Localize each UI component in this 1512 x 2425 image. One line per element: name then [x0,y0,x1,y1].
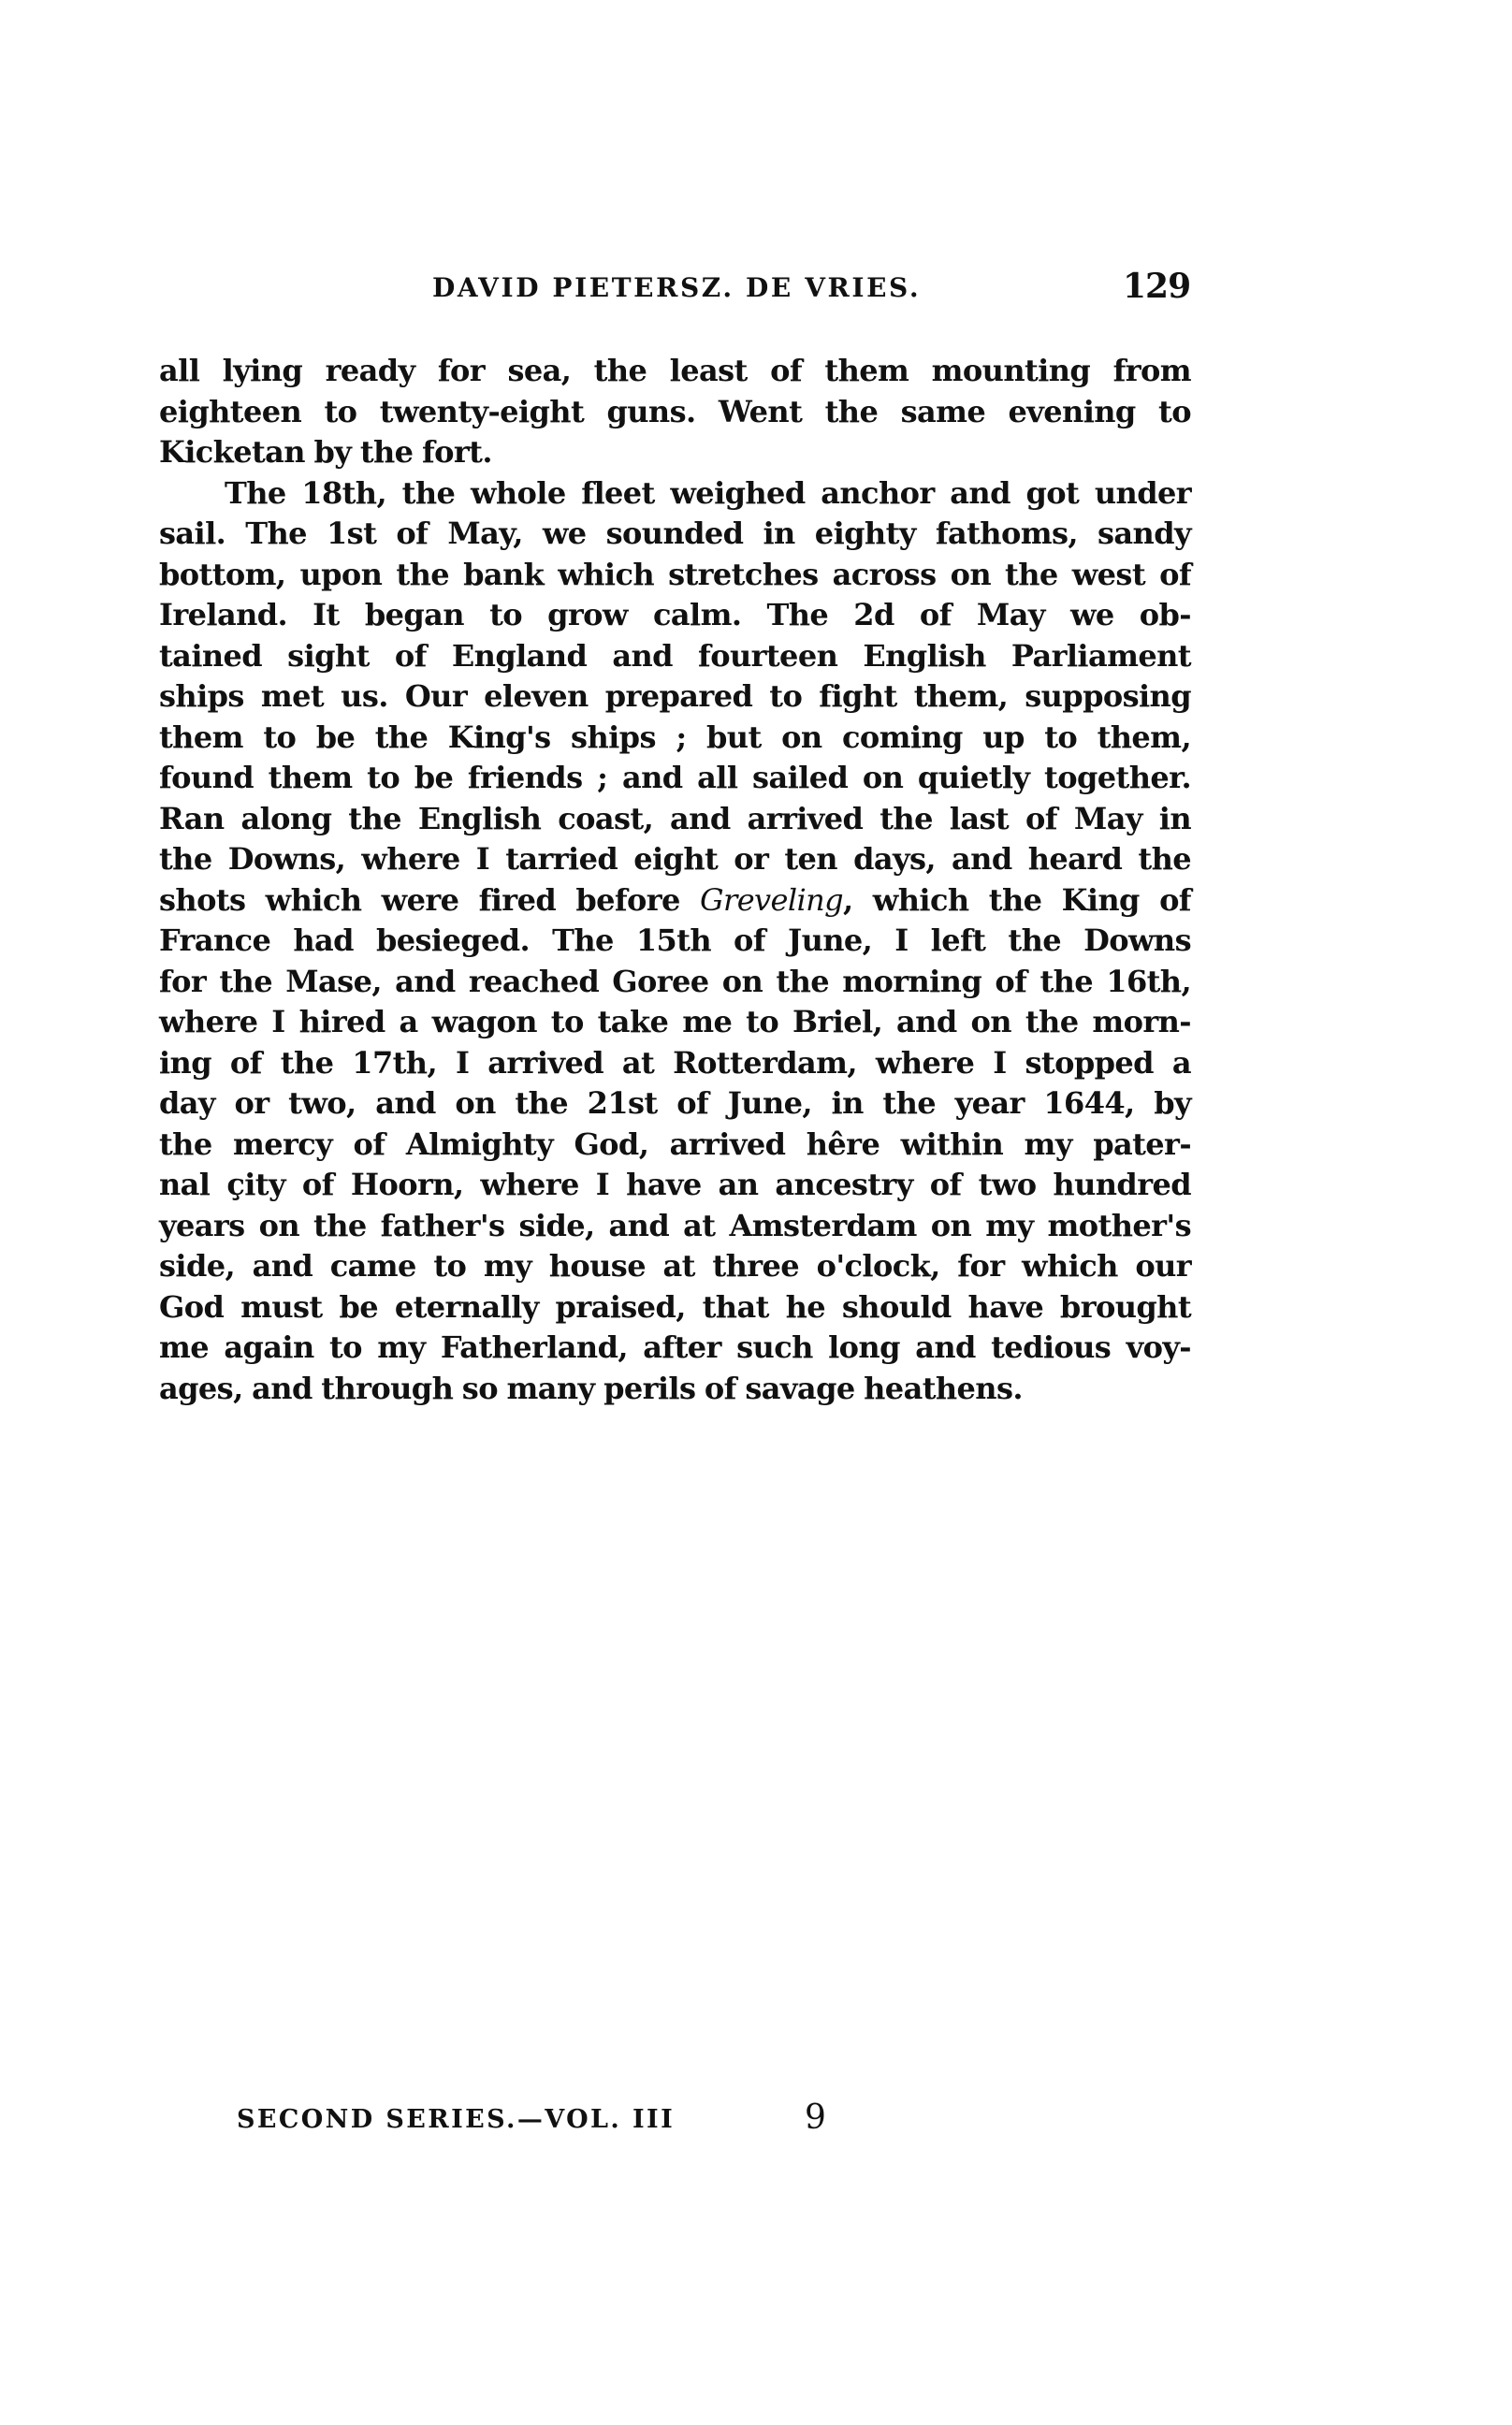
running-head: DAVID PIETERSZ. DE VRIES. 129 [432,269,1191,307]
text-line: bottom, upon the bank which stretches ac… [159,555,1191,596]
text-segment: shots which were fired before [159,882,700,918]
series-signature: SECOND SERIES.—VOL. III [237,2103,675,2137]
text-line: the Downs, where I tarried eight or ten … [159,839,1191,880]
page-number: 129 [1123,266,1190,307]
text-line: ages, and through so many perils of sava… [159,1369,1191,1410]
text-line: ing of the 17th, I arrived at Rotterdam,… [159,1043,1191,1084]
book-page: DAVID PIETERSZ. DE VRIES. 129 all lying … [0,0,1512,2425]
text-line: years on the father's side, and at Amste… [159,1206,1191,1247]
text-line: Ireland. It began to grow calm. The 2d o… [159,595,1191,636]
text-line: nal çity of Hoorn, where I have an ances… [159,1165,1191,1206]
text-line: ships met us. Our eleven prepared to fig… [159,676,1191,718]
text-line: tained sight of England and fourteen Eng… [159,636,1191,677]
text-line: the mercy of Almighty God, arrived hêre … [159,1125,1191,1166]
page-footer: SECOND SERIES.—VOL. III 9 [237,2099,892,2141]
signature-mark: 9 [805,2099,826,2137]
text-line: all lying ready for sea, the least of th… [159,351,1191,392]
text-line: God must be eternally praised, that he s… [159,1287,1191,1329]
text-line: Ran along the English coast, and arrived… [159,799,1191,840]
text-segment: , which the King of [843,882,1191,918]
text-line: side, and came to my house at three o'cl… [159,1246,1191,1287]
body-text: all lying ready for sea, the least of th… [159,351,1191,1409]
text-line: Kicketan by the fort. [159,432,1191,473]
text-line: day or two, and on the 21st of June, in … [159,1083,1191,1125]
text-line: them to be the King's ships ; but on com… [159,718,1191,759]
text-line: me again to my Fatherland, after such lo… [159,1328,1191,1369]
italic-place-name: Greveling [700,882,843,918]
running-title: DAVID PIETERSZ. DE VRIES. [432,269,921,307]
text-line: found them to be friends ; and all saile… [159,758,1191,799]
text-line: shots which were fired before Greveling,… [159,880,1191,922]
paragraph-start-line: The 18th, the whole fleet weighed anchor… [159,473,1191,515]
text-line: eighteen to twenty-eight guns. Went the … [159,392,1191,433]
text-line: France had besieged. The 15th of June, I… [159,921,1191,962]
text-line: sail. The 1st of May, we sounded in eigh… [159,514,1191,555]
text-line: where I hired a wagon to take me to Brie… [159,1002,1191,1043]
text-line: for the Mase, and reached Goree on the m… [159,962,1191,1003]
